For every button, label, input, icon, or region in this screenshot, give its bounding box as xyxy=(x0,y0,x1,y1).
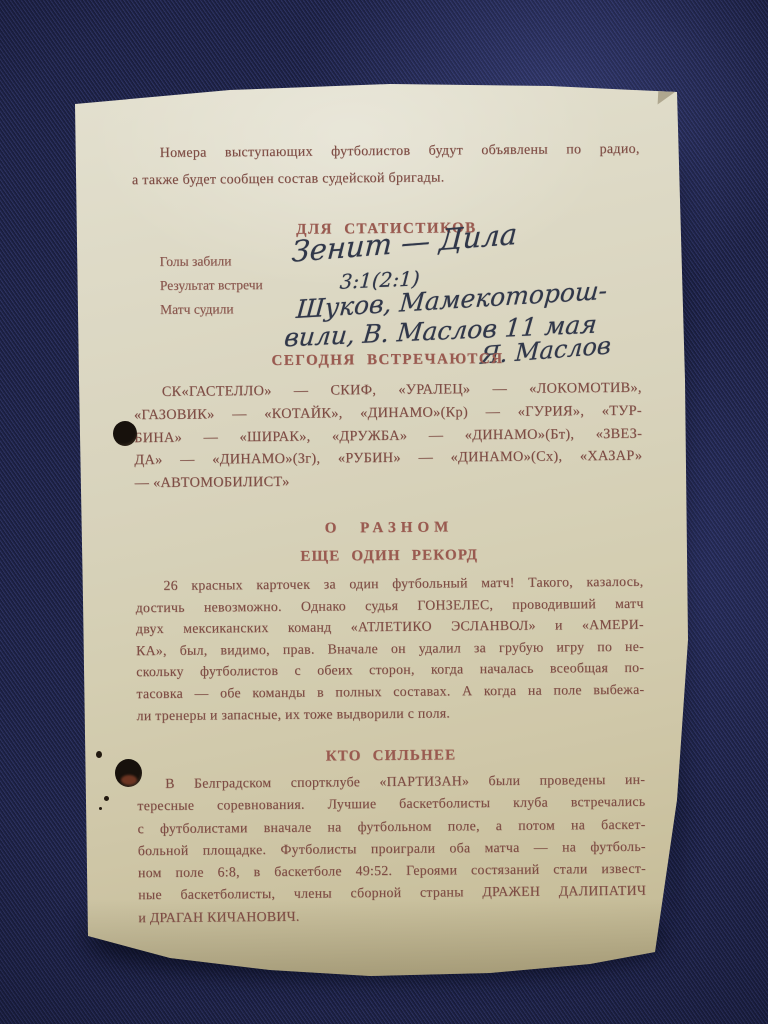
intro-paragraph: Номера выступающих футболистов будут объ… xyxy=(132,136,640,194)
record-line: ли тренеры и запасные, их тоже выдворили… xyxy=(137,700,645,726)
stronger-paragraph: В Белградском спортклубе «ПАРТИЗАН» были… xyxy=(137,769,646,930)
stronger-line: и ДРАГАН КИЧАНОВИЧ. xyxy=(138,902,646,929)
program-page: Номера выступающих футболистов будут объ… xyxy=(70,80,695,980)
misc-heading: О РАЗНОМ xyxy=(135,518,643,539)
label-match-referees: Матч судили xyxy=(160,297,263,322)
today-heading: СЕГОДНЯ ВСТРЕЧАЮТСЯ xyxy=(133,350,641,371)
stronger-line: ные баскетболисты, члены сборной страны … xyxy=(138,880,646,907)
label-goals-scored: Голы забили xyxy=(160,249,263,274)
paper-speck xyxy=(99,807,102,810)
intro-line: Номера выступающих футболистов будут объ… xyxy=(132,136,640,167)
fixtures-line: — «АВТОМОБИЛИСТ» xyxy=(134,468,642,495)
intro-line: а также будет сообщен состав судейской б… xyxy=(132,163,640,194)
record-paragraph: 26 красных карточек за один футбольный м… xyxy=(135,571,644,727)
paper-speck xyxy=(96,751,102,758)
today-fixtures: СК«ГАСТЕЛЛО» — СКИФ, «УРАЛЕЦ» — «ЛОКОМОТ… xyxy=(134,377,643,495)
page-content: Номера выступающих футболистов будут объ… xyxy=(66,77,699,982)
hole-punch-bottom xyxy=(115,759,142,787)
record-line: тасовка — обе команды в полных составах.… xyxy=(136,679,644,705)
paper-speck xyxy=(104,796,109,801)
record-heading: ЕЩЕ ОДИН РЕКОРД xyxy=(135,546,643,567)
hole-punch-top xyxy=(113,421,137,446)
label-match-result: Результат встречи xyxy=(160,273,263,298)
statistics-labels: Голы забили Результат встречи Матч судил… xyxy=(160,249,263,322)
stronger-heading: КТО СИЛЬНЕЕ xyxy=(137,746,645,767)
fixtures-line: ДА» — «ДИНАМО»(Зг), «РУБИН» — «ДИНАМО»(С… xyxy=(134,445,642,472)
